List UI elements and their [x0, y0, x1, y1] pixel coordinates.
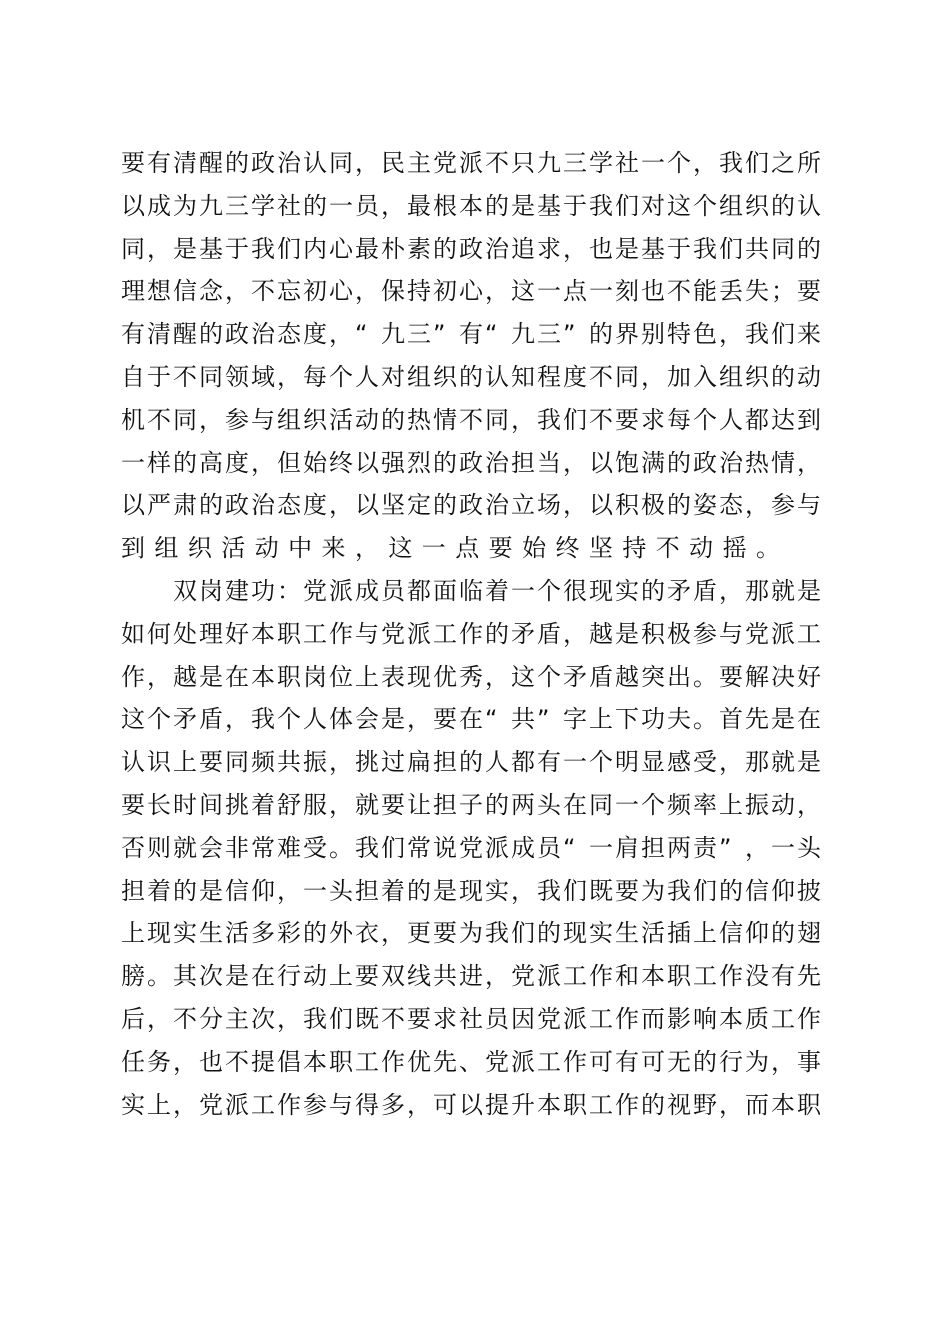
text-line-paragraph-start: 双岗建功：党派成员都面临着一个很现实的矛盾，那就是 — [121, 570, 823, 613]
text-line: 要有清醒的政治认同，民主党派不只九三学社一个，我们之所 — [121, 142, 823, 185]
text-line: 作，越是在本职岗位上表现优秀，这个矛盾越突出。要解决好 — [121, 656, 823, 699]
text-line-paragraph-end: 到组织活动中来，这一点要始终坚持不动摇。 — [121, 527, 823, 570]
text-line: 膀。其次是在行动上要双线共进，党派工作和本职工作没有先 — [121, 955, 823, 998]
text-line: 机不同，参与组织活动的热情不同，我们不要求每个人都达到 — [121, 399, 823, 442]
text-line: 担着的是信仰，一头担着的是现实，我们既要为我们的信仰披 — [121, 870, 823, 913]
text-line: 任务，也不提倡本职工作优先、党派工作可有可无的行为，事 — [121, 1041, 823, 1084]
text-line: 以成为九三学社的一员，最根本的是基于我们对这个组织的认 — [121, 185, 823, 228]
text-line: 上现实生活多彩的外衣，更要为我们的现实生活插上信仰的翅 — [121, 912, 823, 955]
text-line: 后，不分主次，我们既不要求社员因党派工作而影响本质工作 — [121, 998, 823, 1041]
text-line: 同，是基于我们内心最朴素的政治追求，也是基于我们共同的 — [121, 228, 823, 271]
text-line: 否则就会非常难受。我们常说党派成员“一肩担两责”，一头 — [121, 827, 823, 870]
text-line: 实上，党派工作参与得多，可以提升本职工作的视野，而本职 — [121, 1084, 823, 1127]
document-page: 要有清醒的政治认同，民主党派不只九三学社一个，我们之所 以成为九三学社的一员，最… — [0, 0, 950, 1344]
document-body: 要有清醒的政治认同，民主党派不只九三学社一个，我们之所 以成为九三学社的一员，最… — [121, 142, 823, 1126]
text-line: 如何处理好本职工作与党派工作的矛盾，越是积极参与党派工 — [121, 613, 823, 656]
text-line: 要长时间挑着舒服，就要让担子的两头在同一个频率上振动， — [121, 784, 823, 827]
text-line: 以严肃的政治态度，以坚定的政治立场，以积极的姿态，参与 — [121, 484, 823, 527]
text-line: 理想信念，不忘初心，保持初心，这一点一刻也不能丢失；要 — [121, 270, 823, 313]
paragraph-political-identity: 要有清醒的政治认同，民主党派不只九三学社一个，我们之所 以成为九三学社的一员，最… — [121, 142, 823, 570]
text-line: 自于不同领域，每个人对组织的认知程度不同，加入组织的动 — [121, 356, 823, 399]
paragraph-double-post-achievement: 双岗建功：党派成员都面临着一个很现实的矛盾，那就是 如何处理好本职工作与党派工作… — [121, 570, 823, 1126]
text-line: 认识上要同频共振，挑过扁担的人都有一个明显感受，那就是 — [121, 741, 823, 784]
text-line: 有清醒的政治态度，“九三”有“九三”的界别特色，我们来 — [121, 313, 823, 356]
text-line: 一样的高度，但始终以强烈的政治担当，以饱满的政治热情， — [121, 442, 823, 485]
text-line: 这个矛盾，我个人体会是，要在“共”字上下功夫。首先是在 — [121, 698, 823, 741]
